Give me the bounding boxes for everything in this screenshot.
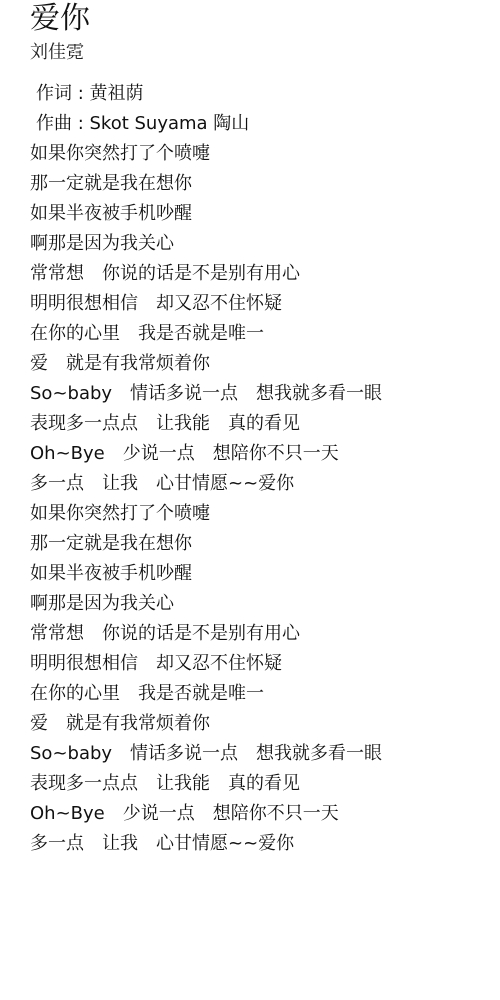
artist-name: 刘佳霓 bbox=[30, 40, 84, 66]
lyrics-body: 如果你突然打了个喷嚏 那一定就是我在想你 如果半夜被手机吵醒 啊那是因为我关心 … bbox=[30, 139, 382, 859]
lyric-line: Oh~Bye 少说一点 想陪你不只一天 bbox=[30, 439, 382, 469]
lyric-line: 多一点 让我 心甘情愿~~爱你 bbox=[30, 469, 382, 499]
lyric-line: 如果半夜被手机吵醒 bbox=[30, 559, 382, 589]
song-title: 爱你 bbox=[30, 0, 90, 38]
lyric-line: 那一定就是我在想你 bbox=[30, 529, 382, 559]
lyric-line: 爱 就是有我常烦着你 bbox=[30, 709, 382, 739]
lyric-line: 多一点 让我 心甘情愿~~爱你 bbox=[30, 829, 382, 859]
lyric-line: 表现多一点点 让我能 真的看见 bbox=[30, 409, 382, 439]
lyric-line: 啊那是因为我关心 bbox=[30, 229, 382, 259]
lyric-line: 常常想 你说的话是不是别有用心 bbox=[30, 619, 382, 649]
credits: 作词 : 黄祖荫 作曲 : Skot Suyama 陶山 bbox=[36, 79, 249, 139]
lyric-line: 如果你突然打了个喷嚏 bbox=[30, 139, 382, 169]
lyric-line: So~baby 情话多说一点 想我就多看一眼 bbox=[30, 379, 382, 409]
lyric-line: 那一定就是我在想你 bbox=[30, 169, 382, 199]
lyric-line: 如果你突然打了个喷嚏 bbox=[30, 499, 382, 529]
lyric-line: 爱 就是有我常烦着你 bbox=[30, 349, 382, 379]
lyricist-credit: 作词 : 黄祖荫 bbox=[36, 79, 249, 109]
lyric-line: 明明很想相信 却又忍不住怀疑 bbox=[30, 289, 382, 319]
lyric-line: 在你的心里 我是否就是唯一 bbox=[30, 679, 382, 709]
lyric-line: So~baby 情话多说一点 想我就多看一眼 bbox=[30, 739, 382, 769]
lyric-line: 明明很想相信 却又忍不住怀疑 bbox=[30, 649, 382, 679]
lyric-line: 啊那是因为我关心 bbox=[30, 589, 382, 619]
lyric-line: 如果半夜被手机吵醒 bbox=[30, 199, 382, 229]
lyric-line: 常常想 你说的话是不是别有用心 bbox=[30, 259, 382, 289]
lyric-line: 表现多一点点 让我能 真的看见 bbox=[30, 769, 382, 799]
lyric-line: Oh~Bye 少说一点 想陪你不只一天 bbox=[30, 799, 382, 829]
lyric-line: 在你的心里 我是否就是唯一 bbox=[30, 319, 382, 349]
composer-credit: 作曲 : Skot Suyama 陶山 bbox=[36, 109, 249, 139]
